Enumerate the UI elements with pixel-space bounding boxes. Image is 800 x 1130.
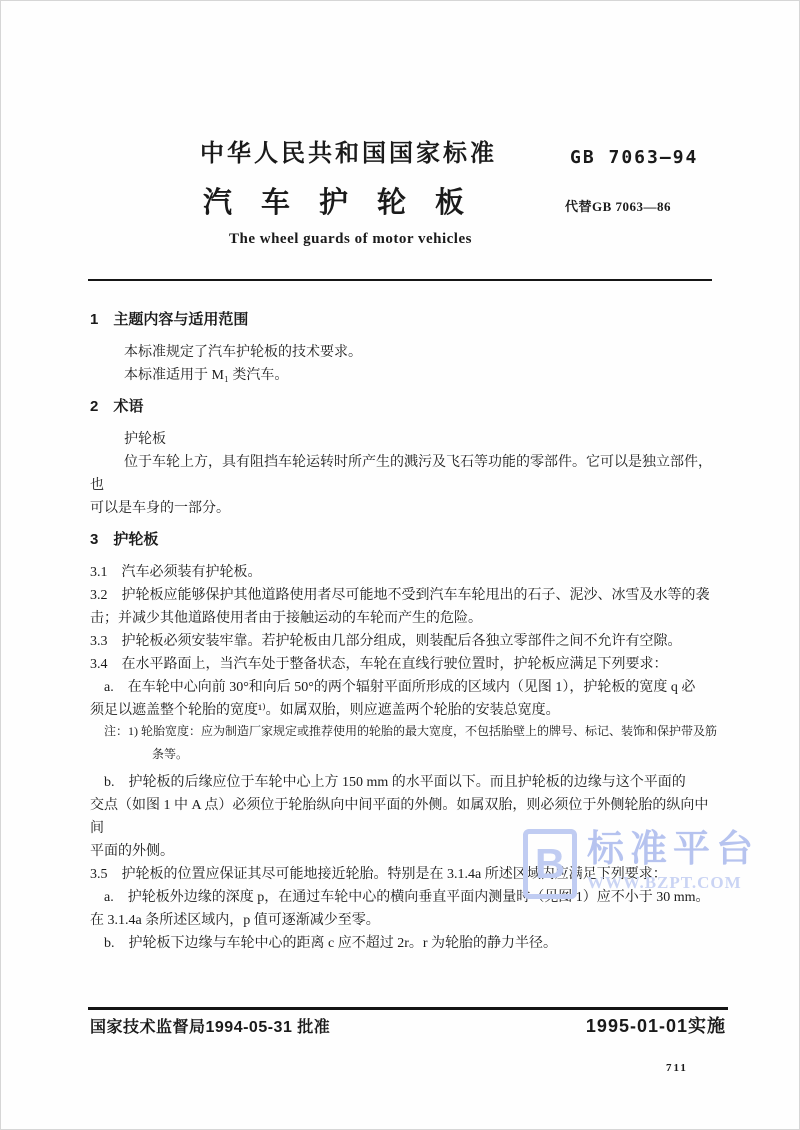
section-2-heading: 2 术语 xyxy=(90,395,722,418)
footnote-tire-width: 注：1) 轮胎宽度：应为制造厂家规定或推荐使用的轮胎的最大宽度，不包括胎壁上的牌… xyxy=(104,722,722,745)
header-divider xyxy=(88,279,712,281)
clause-3-4-b: b. 护轮板的后缘应位于车轮中心上方 150 mm 的水平面以下。而且护轮板的边… xyxy=(90,771,722,794)
body-line: 击；并减少其他道路使用者由于接触运动的车轮而产生的危险。 xyxy=(90,607,722,630)
clause-3-3: 3.3 护轮板必须安装牢靠。若护轮板由几部分组成，则装配后各独立零部件之间不允许… xyxy=(90,630,722,653)
section-3-heading: 3 护轮板 xyxy=(90,528,722,551)
national-standard-heading: 中华人民共和国国家标准 xyxy=(200,133,497,168)
body-line: 本标准适用于 M₁ 类汽车。 xyxy=(90,364,722,387)
body-line: 可以是车身的一部分。 xyxy=(90,497,722,520)
page-number: 711 xyxy=(666,1062,688,1074)
clause-3-5: 3.5 护轮板的位置应保证其尽可能地接近轮胎。特别是在 3.1.4a 所述区域内… xyxy=(90,863,722,886)
clause-3-5-a: a. 护轮板外边缘的深度 p，在通过车轮中心的横向垂直平面内测量时（见图 1）应… xyxy=(90,886,722,909)
clause-3-4: 3.4 在水平路面上，当汽车处于整备状态，车轮在直线行驶位置时，护轮板应满足下列… xyxy=(90,653,722,676)
document-title-english: The wheel guards of motor vehicles xyxy=(229,231,472,248)
body-line: 交点（如图 1 中 A 点）必须位于轮胎纵向中间平面的外侧。如属双胎，则必须位于… xyxy=(90,794,722,840)
standard-code: GB 7063—94 xyxy=(570,147,698,168)
footnote-continued: 条等。 xyxy=(152,745,722,768)
section-1-heading: 1 主题内容与适用范围 xyxy=(90,308,722,331)
clause-3-4-a: a. 在车轮中心向前 30°和向后 50°的两个辐射平面所形成的区域内（见图 1… xyxy=(90,676,722,699)
clause-3-1: 3.1 汽车必须装有护轮板。 xyxy=(90,561,722,584)
standard-document-page: 中华人民共和国国家标准 GB 7063—94 汽 车 护 轮 板 代替GB 70… xyxy=(0,0,800,1130)
body-line: 须足以遮盖整个轮胎的宽度¹⁾。如属双胎，则应遮盖两个轮胎的安装总宽度。 xyxy=(90,699,722,722)
clause-3-5-b: b. 护轮板下边缘与车轮中心的距离 c 应不超过 2r。r 为轮胎的静力半径。 xyxy=(90,932,722,955)
implementation-statement: 1995-01-01实施 xyxy=(586,1012,726,1038)
document-title-chinese: 汽 车 护 轮 板 xyxy=(203,180,464,221)
body-line: 本标准规定了汽车护轮板的技术要求。 xyxy=(90,341,722,364)
document-body: 1 主题内容与适用范围 本标准规定了汽车护轮板的技术要求。 本标准适用于 M₁ … xyxy=(90,300,722,955)
clause-3-2: 3.2 护轮板应能够保护其他道路使用者尽可能地不受到汽车车轮甩出的石子、泥沙、冰… xyxy=(90,584,722,607)
term-label: 护轮板 xyxy=(90,428,722,451)
approval-statement: 国家技术监督局1994-05-31 批准 xyxy=(90,1014,330,1037)
body-line: 平面的外侧。 xyxy=(90,840,722,863)
body-line: 位于车轮上方，具有阻挡车轮运转时所产生的溅污及飞石等功能的零部件。它可以是独立部… xyxy=(90,451,722,497)
supersedes-note: 代替GB 7063—86 xyxy=(565,196,671,215)
body-line: 在 3.1.4a 条所述区域内，p 值可逐渐减少至零。 xyxy=(90,909,722,932)
footer-divider xyxy=(88,1007,728,1010)
